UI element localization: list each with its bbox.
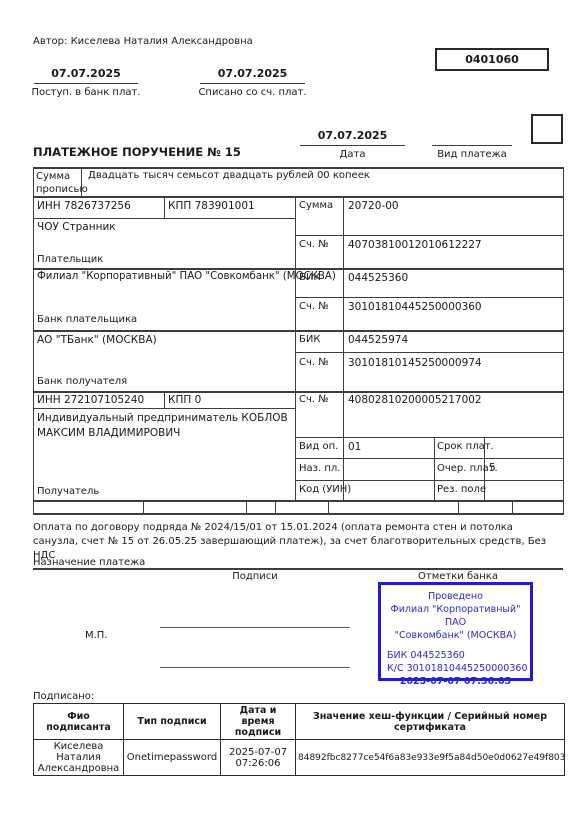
signed-label: Подписано:	[33, 691, 94, 703]
payee-account-label: Сч. №	[299, 394, 329, 406]
payer-bank-account-label: Сч. №	[299, 301, 329, 313]
payer-bank-account: 30101810445250000360	[348, 301, 482, 313]
signature-line-1	[160, 627, 350, 628]
signed-table-header-row: Фио подписанта Тип подписи Дата и время …	[34, 704, 565, 740]
amount-words-value: Двадцать тысяч семьсот двадцать рублей 0…	[88, 170, 370, 182]
grid-line	[512, 500, 513, 515]
stamp-bik: БИК 044525360	[381, 649, 530, 662]
payer-name: ЧОУ Странник	[37, 221, 116, 233]
grid-line	[295, 458, 563, 459]
doc-date-value: 07.07.2025	[300, 130, 405, 142]
stamp-bank-line1: Филиал "Корпоративный" ПАО	[381, 603, 530, 629]
signed-table: Фио подписанта Тип подписи Дата и время …	[33, 703, 565, 776]
grid-line	[434, 437, 435, 500]
payer-bank-section-label: Банк плательщика	[37, 314, 137, 326]
payment-type-box	[531, 114, 563, 144]
payee-kpp: КПП 0	[168, 394, 201, 406]
payer-inn: ИНН 7826737256	[37, 200, 131, 212]
grid-line	[295, 480, 563, 481]
grid-line	[295, 352, 563, 353]
vid-op-value: 01	[348, 441, 361, 453]
payee-bank-section-label: Банк получателя	[37, 376, 127, 388]
payer-account-label: Сч. №	[299, 239, 329, 251]
amount-words-label-2: прописью	[36, 183, 88, 196]
doc-date-line	[300, 145, 405, 146]
grid-line	[563, 167, 564, 196]
ocher-plat-value: 5	[489, 462, 496, 474]
grid-line	[33, 408, 295, 409]
payee-bank-account: 30101810145250000974	[348, 357, 482, 369]
mp-label: М.П.	[85, 630, 108, 642]
payment-type-line	[432, 145, 512, 146]
stamp-bank-line2: "Совкомбанк" (МОСКВА)	[381, 629, 530, 642]
grid-line	[143, 500, 144, 515]
grid-line	[33, 196, 34, 515]
signature-hash: 84892fbc8277ce54f6a83e933e9f5a84d50e0d06…	[296, 740, 565, 776]
rez-pole-label: Рез. поле	[437, 484, 486, 496]
grid-line	[164, 391, 165, 408]
stamp-datetime: 2025-07-07 07:36:05	[381, 675, 530, 688]
received-date: 07.07.2025	[34, 68, 138, 80]
purpose-underline	[33, 568, 563, 570]
signatures-header: Подписи	[180, 571, 330, 583]
signed-header-datetime: Дата и время подписи	[221, 704, 296, 740]
grid-line	[328, 500, 329, 515]
stamp-status: Проведено	[381, 590, 530, 603]
grid-line	[295, 196, 296, 500]
signature-datetime: 2025-07-07 07:26:06	[221, 740, 296, 776]
vid-op-label: Вид оп.	[299, 441, 338, 453]
grid-line	[33, 268, 563, 270]
grid-line	[33, 391, 563, 393]
signed-table-row: Киселева Наталия Александровна Onetimepa…	[34, 740, 565, 776]
grid-line	[33, 196, 563, 198]
grid-line	[246, 500, 247, 515]
received-date-label: Поступ. в банк плат.	[24, 87, 148, 99]
payer-bank-bik-label: БИК	[299, 272, 320, 284]
grid-line	[164, 196, 165, 218]
payee-section-label: Получатель	[37, 486, 99, 498]
payer-bank-name: Филиал "Корпоративный" ПАО "Совкомбанк" …	[37, 271, 336, 283]
payer-section-label: Плательщик	[37, 254, 103, 266]
payee-bank-bik: 044525974	[348, 334, 408, 346]
payer-kpp: КПП 783901001	[168, 200, 255, 212]
grid-line	[33, 167, 34, 196]
doc-date-label: Дата	[300, 149, 405, 161]
sum-value: 20720-00	[348, 200, 399, 212]
grid-line	[563, 196, 564, 515]
payee-bank-name: АО "ТБанк" (МОСКВА)	[37, 334, 157, 346]
signature-type: Onetimepassword	[124, 740, 221, 776]
grid-line	[33, 500, 563, 502]
bank-stamp: Проведено Филиал "Корпоративный" ПАО "Со…	[378, 582, 533, 681]
signed-header-hash: Значение хеш-функции / Серийный номер се…	[296, 704, 565, 740]
debited-date-line	[200, 83, 305, 84]
payee-bank-account-label: Сч. №	[299, 357, 329, 369]
payer-bank-bik: 044525360	[348, 272, 408, 284]
naz-pl-label: Наз. пл.	[299, 463, 340, 475]
payee-inn: ИНН 272107105240	[37, 394, 144, 406]
form-code-box: 0401060	[435, 48, 549, 71]
debited-date-label: Списано со сч. плат.	[190, 87, 315, 99]
grid-line	[295, 297, 563, 298]
payment-type-label: Вид платежа	[422, 149, 522, 161]
received-date-line	[34, 83, 138, 84]
signature-line-2	[160, 667, 350, 668]
srok-plat-label: Срок плат.	[437, 441, 494, 453]
grid-line	[343, 196, 344, 500]
payee-account: 40802810200005217002	[348, 394, 482, 406]
signed-header-name: Фио подписанта	[34, 704, 124, 740]
grid-line	[458, 500, 459, 515]
grid-line	[275, 500, 276, 515]
author-line: Автор: Киселева Наталия Александровна	[33, 36, 253, 48]
signer-name: Киселева Наталия Александровна	[34, 740, 124, 776]
payee-name: Индивидуальный предприниматель КОБЛОВ МА…	[37, 411, 289, 441]
amount-words-label-1: Сумма	[36, 170, 70, 183]
grid-line	[33, 513, 563, 515]
signed-header-type: Тип подписи	[124, 704, 221, 740]
sum-label: Сумма	[299, 200, 333, 212]
stamp-corr-account: К/С 30101810445250000360	[381, 662, 530, 675]
grid-line	[295, 235, 563, 236]
doc-title: ПЛАТЕЖНОЕ ПОРУЧЕНИЕ № 15	[33, 146, 241, 158]
grid-line	[33, 218, 295, 219]
grid-line	[295, 437, 563, 438]
grid-line	[33, 330, 563, 332]
debited-date: 07.07.2025	[200, 68, 305, 80]
payment-order-document: Автор: Киселева Наталия Александровна 04…	[0, 0, 580, 820]
payee-bank-bik-label: БИК	[299, 334, 320, 346]
payer-account: 40703810012010612227	[348, 239, 482, 251]
grid-line	[33, 167, 563, 169]
kod-uin-label: Код (УИН)	[299, 484, 351, 496]
